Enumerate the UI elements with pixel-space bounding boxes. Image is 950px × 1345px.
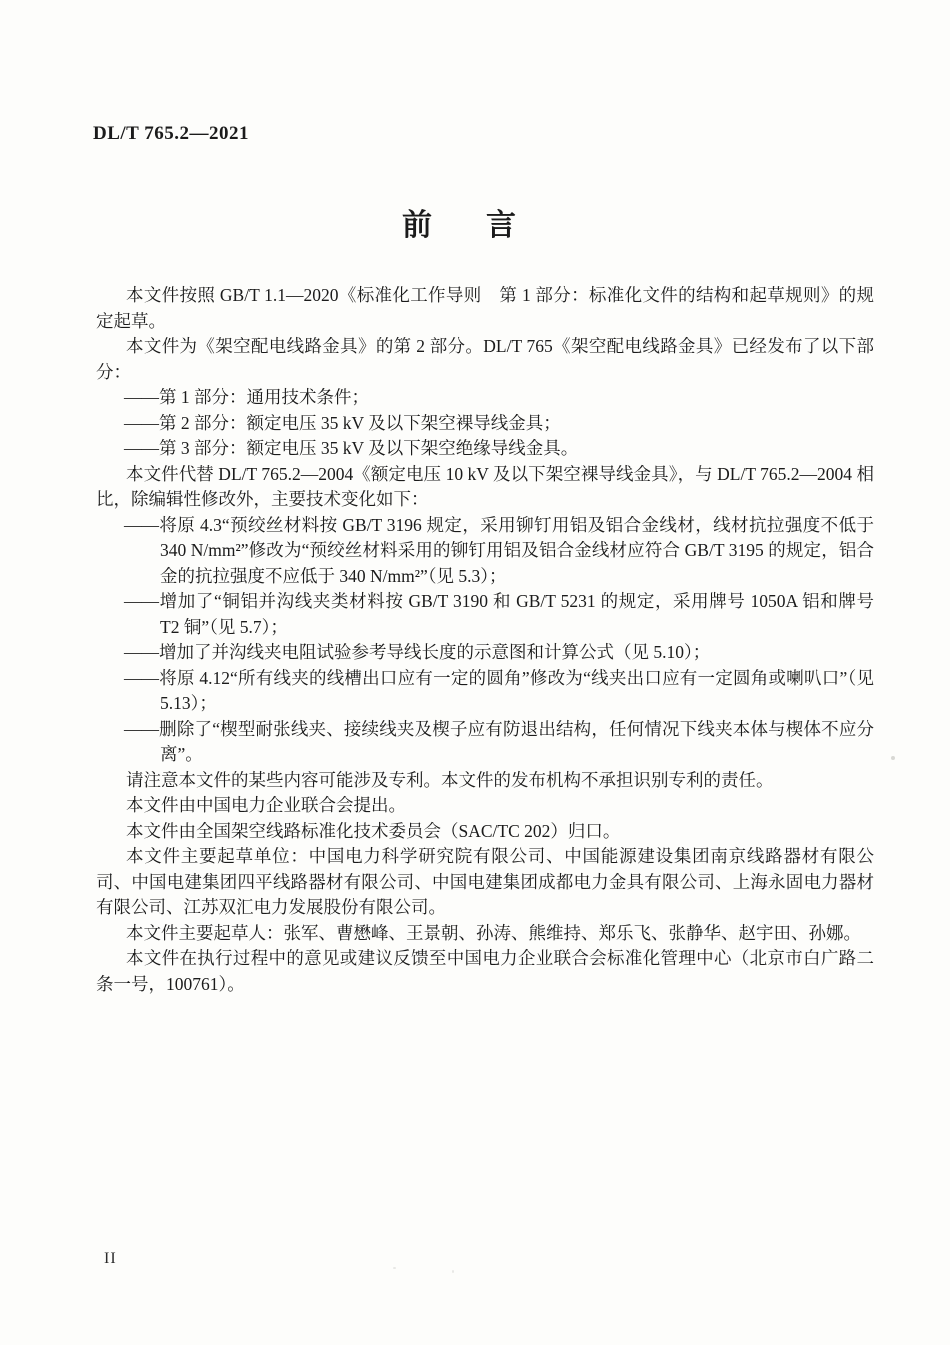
change-list-item-4: ——将原 4.12“所有线夹的线槽出口应有一定的圆角”修改为“线夹出口应有一定圆… (96, 666, 874, 717)
foreword-paragraph-drafters: 本文件主要起草人：张军、曹懋峰、王景朝、孙涛、熊维持、郑乐飞、张静华、赵宇田、孙… (96, 921, 874, 947)
foreword-paragraph-drafting-orgs: 本文件主要起草单位：中国电力科学研究院有限公司、中国能源建设集团南京线路器材有限… (96, 844, 874, 921)
part-list-item-1: ——第 1 部分：通用技术条件； (96, 385, 874, 411)
scan-speck (393, 1267, 396, 1269)
scanned-document-page: DL/T 765.2—2021 前 言 本文件按照 GB/T 1.1—2020《… (0, 0, 950, 1345)
foreword-paragraph-feedback: 本文件在执行过程中的意见或建议反馈至中国电力企业联合会标准化管理中心（北京市白广… (96, 946, 874, 997)
change-list-item-5: ——删除了“楔型耐张线夹、接续线夹及楔子应有防退出结构，任何情况下线夹本体与楔体… (96, 717, 874, 768)
foreword-paragraph-proposed-by: 本文件由中国电力企业联合会提出。 (96, 793, 874, 819)
page-number: II (104, 1250, 117, 1268)
change-list-item-1: ——将原 4.3“预绞丝材料按 GB/T 3196 规定，采用铆钉用铝及铝合金线… (96, 513, 874, 590)
scan-speck (891, 756, 895, 760)
foreword-paragraph-series-intro: 本文件为《架空配电线路金具》的第 2 部分。DL/T 765《架空配电线路金具》… (96, 334, 874, 385)
standard-number: DL/T 765.2—2021 (93, 123, 249, 145)
foreword-paragraph-drafting-basis: 本文件按照 GB/T 1.1—2020《标准化工作导则 第 1 部分：标准化文件… (96, 283, 874, 334)
foreword-paragraph-replacement: 本文件代替 DL/T 765.2—2004《额定电压 10 kV 及以下架空裸导… (96, 462, 874, 513)
change-list-item-3: ——增加了并沟线夹电阻试验参考导线长度的示意图和计算公式（见 5.10）； (96, 640, 874, 666)
part-list-item-2: ——第 2 部分：额定电压 35 kV 及以下架空裸导线金具； (96, 411, 874, 437)
foreword-paragraph-centralized-by: 本文件由全国架空线路标准化技术委员会（SAC/TC 202）归口。 (96, 819, 874, 845)
change-list-item-2: ——增加了“铜铝并沟线夹类材料按 GB/T 3190 和 GB/T 5231 的… (96, 589, 874, 640)
part-list-item-3: ——第 3 部分：额定电压 35 kV 及以下架空绝缘导线金具。 (96, 436, 874, 462)
foreword-body: 本文件按照 GB/T 1.1—2020《标准化工作导则 第 1 部分：标准化文件… (96, 283, 874, 997)
foreword-title: 前 言 (95, 200, 835, 244)
scan-speck (452, 1270, 454, 1273)
foreword-paragraph-patent-notice: 请注意本文件的某些内容可能涉及专利。本文件的发布机构不承担识别专利的责任。 (96, 768, 874, 794)
